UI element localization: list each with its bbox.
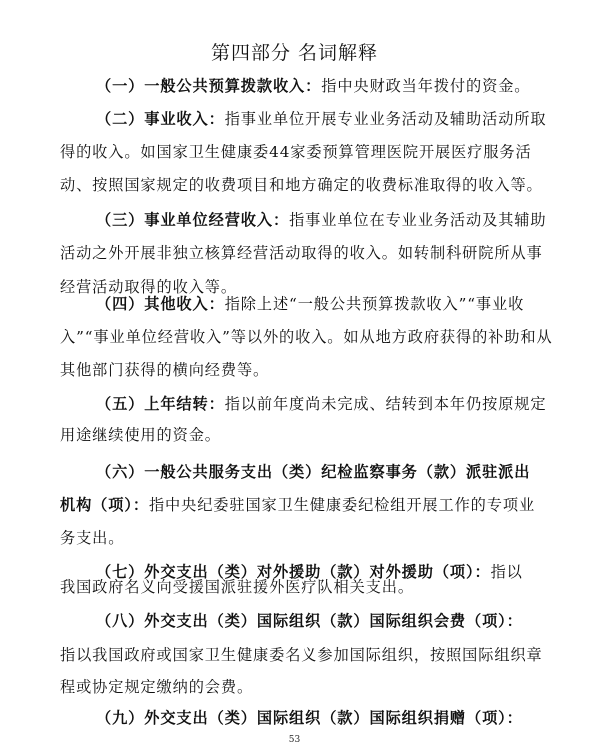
term-1: （一）一般公共预算拨款收入：: [96, 77, 321, 95]
definition-text: 用途继续使用的资金。: [60, 426, 221, 444]
line-12: 用途继续使用的资金。: [60, 425, 538, 445]
definition-text: 指以我国政府或国家卫生健康委名义参加国际组织，按照国际组织章: [60, 646, 543, 664]
page-title: 第四部分 名词解释: [0, 38, 589, 65]
definition-text: 务支出。: [60, 529, 124, 547]
line-8: （四）其他收入：指除上述“一般公共预算拨款收入”“事业收: [96, 294, 538, 314]
line-15: 务支出。: [60, 528, 538, 548]
line-9: 入”“事业单位经营收入”等以外的收入。如从地方政府获得的补助和从: [60, 327, 538, 347]
line-11: （五）上年结转：指以前年度尚未完成、结转到本年仍按原规定: [96, 394, 538, 414]
line-20: 程或协定规定缴纳的会费。: [60, 677, 538, 697]
line-18: （八）外交支出（类）国际组织（款）国际组织会费（项）：: [96, 611, 538, 631]
definition-text: 指事业单位开展专业业务活动及辅助活动所取: [225, 110, 547, 128]
page-number: 53: [0, 735, 589, 745]
definition-text: 指中央财政当年拨付的资金。: [321, 77, 530, 95]
definition-text: 程或协定规定缴纳的会费。: [60, 678, 253, 696]
definition-text: 动、按照国家规定的收费项目和地方确定的收费标准取得的收入等。: [60, 176, 543, 194]
line-21: （九）外交支出（类）国际组织（款）国际组织捐赠（项）：: [96, 708, 538, 728]
line-14: 机构（项）：指中央纪委驻国家卫生健康委纪检组开展工作的专项业: [60, 495, 538, 515]
definition-text: 入”“事业单位经营收入”等以外的收入。如从地方政府获得的补助和从: [60, 328, 553, 346]
definition-text: 我国政府名义向受援国派驻援外医疗队相关支出。: [60, 578, 414, 596]
document-page: 第四部分 名词解释 （一）一般公共预算拨款收入：指中央财政当年拨付的资金。 （二…: [0, 0, 589, 755]
definition-text: 其他部门获得的横向经费等。: [60, 361, 269, 379]
line-6: 活动之外开展非独立核算经营活动取得的收入。如转制科研院所从事: [60, 243, 538, 263]
term-8: （八）外交支出（类）国际组织（款）国际组织会费（项）：: [96, 612, 523, 630]
line-4: 动、按照国家规定的收费项目和地方确定的收费标准取得的收入等。: [60, 175, 538, 195]
term-9: （九）外交支出（类）国际组织（款）国际组织捐赠（项）：: [96, 709, 523, 727]
term-6-cont: 机构（项）：: [60, 496, 149, 514]
line-5: （三）事业单位经营收入：指事业单位在专业业务活动及其辅助: [96, 210, 538, 230]
line-3: 得的收入。如国家卫生健康委44家委预算管理医院开展医疗服务活: [60, 142, 538, 162]
term-4: （四）其他收入：: [96, 295, 225, 313]
definition-text: 指事业单位在专业业务活动及其辅助: [289, 211, 546, 229]
definition-text: 指除上述“一般公共预算拨款收入”“事业收: [225, 295, 524, 313]
definition-text: 得的收入。如国家卫生健康委44家委预算管理医院开展医疗服务活: [60, 143, 532, 161]
line-17: 我国政府名义向受援国派驻援外医疗队相关支出。: [60, 577, 538, 597]
term-6: （六）一般公共服务支出（类）纪检监察事务（款）派驻派出: [96, 463, 530, 481]
line-13: （六）一般公共服务支出（类）纪检监察事务（款）派驻派出: [96, 462, 538, 482]
definition-text: 指以前年度尚未完成、结转到本年仍按原规定: [225, 395, 547, 413]
term-2: （二）事业收入：: [96, 110, 225, 128]
term-3: （三）事业单位经营收入：: [96, 211, 289, 229]
line-10: 其他部门获得的横向经费等。: [60, 360, 538, 380]
line-19: 指以我国政府或国家卫生健康委名义参加国际组织，按照国际组织章: [60, 645, 538, 665]
line-2: （二）事业收入：指事业单位开展专业业务活动及辅助活动所取: [96, 109, 538, 129]
line-1: （一）一般公共预算拨款收入：指中央财政当年拨付的资金。: [96, 76, 538, 96]
definition-text: 指中央纪委驻国家卫生健康委纪检组开展工作的专项业: [149, 496, 535, 514]
definition-text: 活动之外开展非独立核算经营活动取得的收入。如转制科研院所从事: [60, 244, 543, 262]
term-5: （五）上年结转：: [96, 395, 225, 413]
